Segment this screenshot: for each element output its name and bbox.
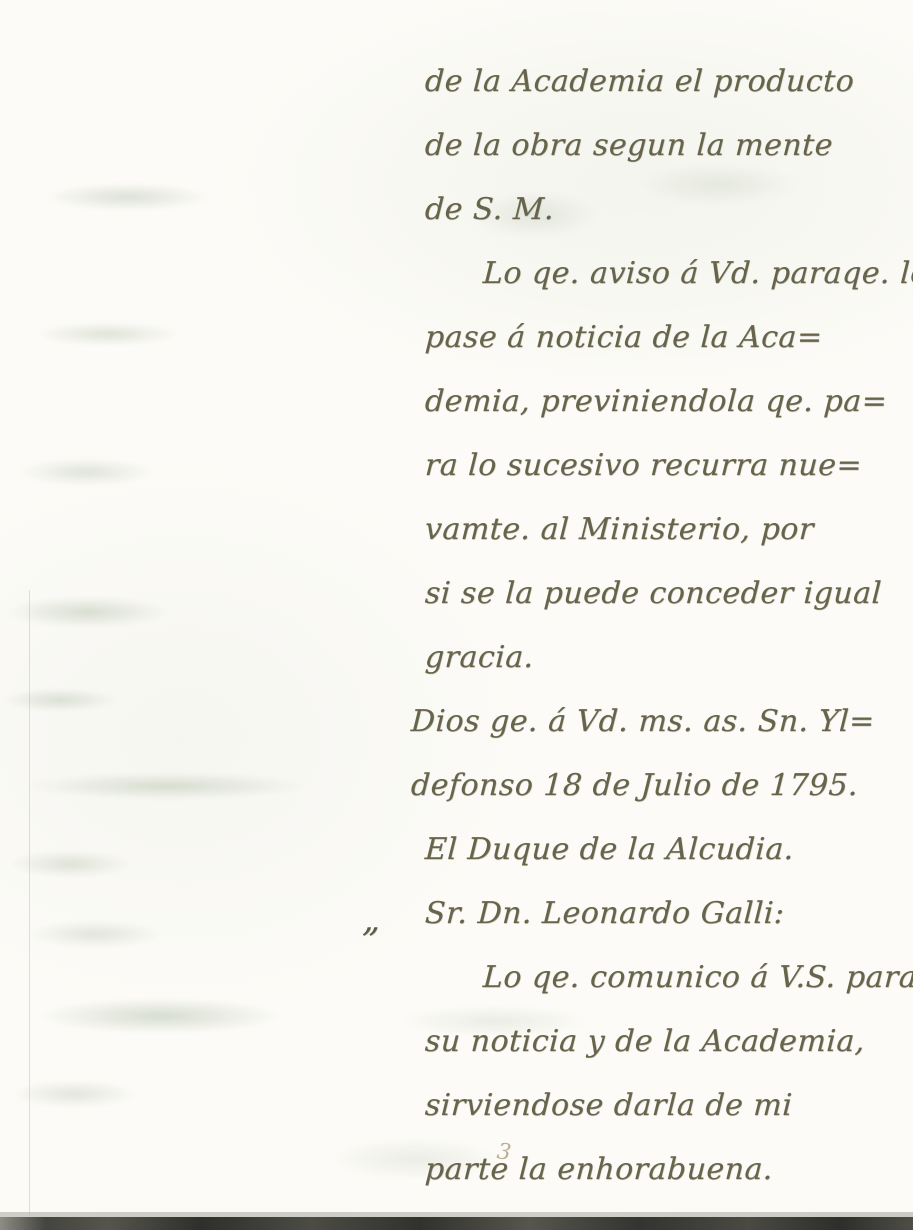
- addressee-text: Sr. Dn. Leonardo Galli:: [424, 896, 785, 931]
- manuscript-line: parte la enhorabuena.: [423, 1138, 913, 1202]
- manuscript-line-signature: El Duque de la Alcudia.: [423, 818, 913, 882]
- paper-smudge: [45, 183, 210, 211]
- paper-smudge: [25, 772, 310, 800]
- scan-bottom-edge: [0, 1217, 913, 1230]
- paper-smudge: [12, 1080, 137, 1108]
- manuscript-line: de la obra segun la mente: [423, 114, 913, 178]
- ditto-quote-mark: „: [361, 888, 379, 952]
- manuscript-line: Lo qe. aviso á Vd. paraqe. lo: [423, 242, 913, 306]
- paper-smudge: [18, 458, 153, 486]
- manuscript-line-addressee: „Sr. Dn. Leonardo Galli:: [423, 882, 913, 946]
- manuscript-line: ra lo sucesivo recurra nue=: [423, 434, 913, 498]
- manuscript-line: Lo qe. comunico á V.S. para: [423, 946, 913, 1010]
- manuscript-line: vamte. al Ministerio, por: [423, 498, 913, 562]
- paper-smudge: [2, 688, 117, 712]
- manuscript-line: defonso 18 de Julio de 1795.: [409, 754, 913, 818]
- manuscript-line: Dios ge. á Vd. ms. as. Sn. Yl=: [409, 690, 913, 754]
- manuscript-line: su noticia y de la Academia,: [423, 1010, 913, 1074]
- letter-body: de la Academia el producto de la obra se…: [425, 50, 913, 1202]
- manuscript-page: 3 de la Academia el producto de la obra …: [0, 0, 913, 1230]
- manuscript-line: pase á noticia de la Aca=: [423, 306, 913, 370]
- paper-smudge: [35, 322, 180, 346]
- manuscript-line: gracia.: [423, 626, 913, 690]
- paper-fold-line: [29, 590, 30, 1215]
- manuscript-line: demia, previniendola qe. pa=: [423, 370, 913, 434]
- paper-smudge: [28, 920, 163, 948]
- manuscript-line: de S. M.: [423, 178, 913, 242]
- manuscript-line: si se la puede conceder igual: [423, 562, 913, 626]
- paper-smudge: [8, 850, 133, 878]
- paper-smudge: [38, 998, 283, 1034]
- manuscript-line: de la Academia el producto: [423, 50, 913, 114]
- manuscript-line: sirviendose darla de mi: [423, 1074, 913, 1138]
